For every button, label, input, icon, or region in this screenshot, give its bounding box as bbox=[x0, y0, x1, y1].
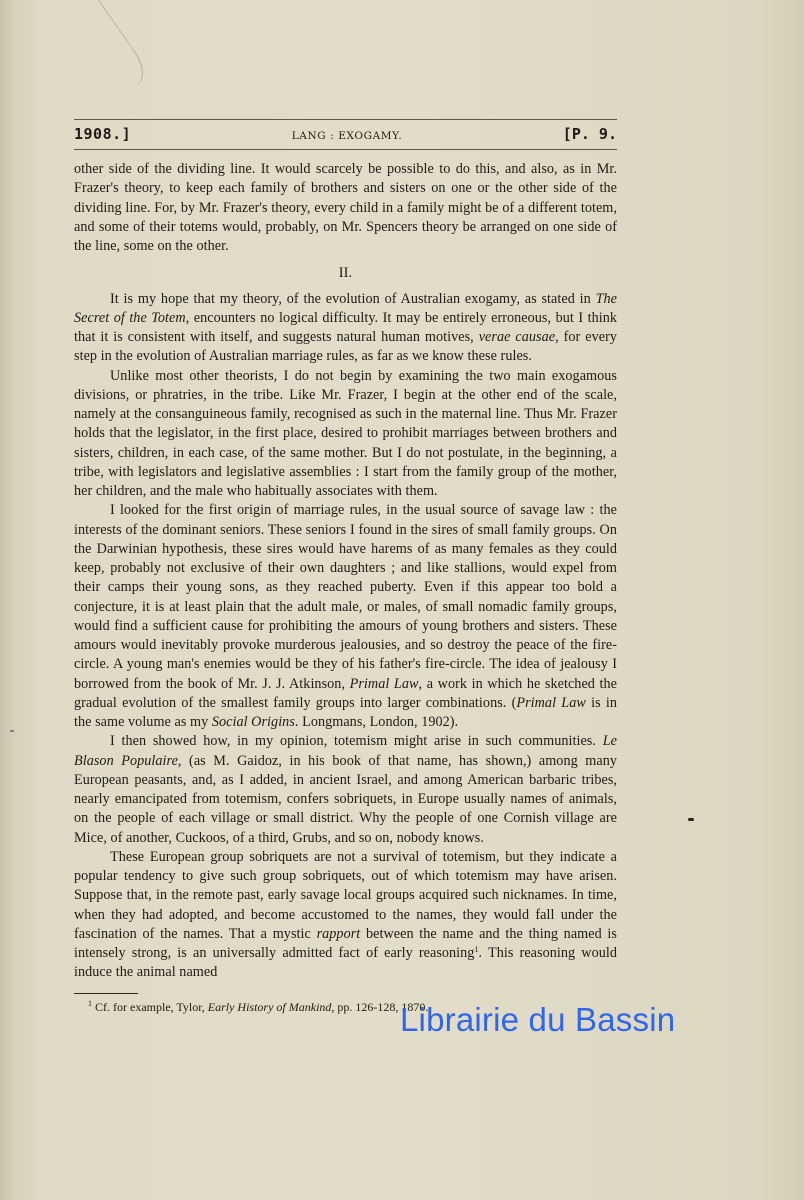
paragraph-6: These European group sobriquets are not … bbox=[74, 848, 617, 983]
section-heading: II. bbox=[74, 264, 617, 283]
paragraph-1: other side of the dividing line. It woul… bbox=[74, 160, 617, 256]
italic-title: Primal Law bbox=[516, 695, 586, 711]
page-corner-crease bbox=[28, 0, 162, 90]
book-page: 1908.] LANG : EXOGAMY. [P. 9. other side… bbox=[74, 119, 617, 1015]
ink-speck bbox=[10, 730, 14, 732]
paragraph-3: Unlike most other theorists, I do not be… bbox=[74, 367, 617, 502]
text-run: It is my hope that my theory, of the evo… bbox=[110, 291, 596, 307]
paragraph-4: I looked for the first origin of marriag… bbox=[74, 501, 617, 732]
italic-title: Primal Law bbox=[350, 676, 419, 692]
body-text: other side of the dividing line. It woul… bbox=[74, 160, 617, 983]
header-rule-bottom bbox=[74, 149, 617, 150]
running-head: 1908.] LANG : EXOGAMY. [P. 9. bbox=[74, 122, 617, 146]
footnote-rule bbox=[74, 993, 138, 994]
header-page-number: [P. 9. bbox=[563, 122, 617, 146]
italic-term: verae causae bbox=[479, 329, 555, 345]
paragraph-2: It is my hope that my theory, of the evo… bbox=[74, 290, 617, 367]
text-run: . Longmans, London, 1902). bbox=[295, 714, 458, 730]
header-rule-top bbox=[74, 119, 617, 120]
italic-title: Social Origins bbox=[212, 714, 295, 730]
header-year: 1908.] bbox=[74, 122, 131, 146]
italic-title: Early History of Mankind bbox=[208, 1000, 332, 1014]
text-run: I looked for the first origin of marriag… bbox=[74, 502, 617, 691]
ink-speck bbox=[688, 818, 694, 821]
text-run: I then showed how, in my opinion, totemi… bbox=[110, 733, 603, 749]
header-title: LANG : EXOGAMY. bbox=[292, 124, 403, 148]
watermark: Librairie du Bassin bbox=[400, 1001, 675, 1039]
paragraph-5: I then showed how, in my opinion, totemi… bbox=[74, 732, 617, 848]
italic-term: rapport bbox=[317, 926, 361, 942]
text-run: Cf. for example, Tylor, bbox=[92, 1000, 208, 1014]
